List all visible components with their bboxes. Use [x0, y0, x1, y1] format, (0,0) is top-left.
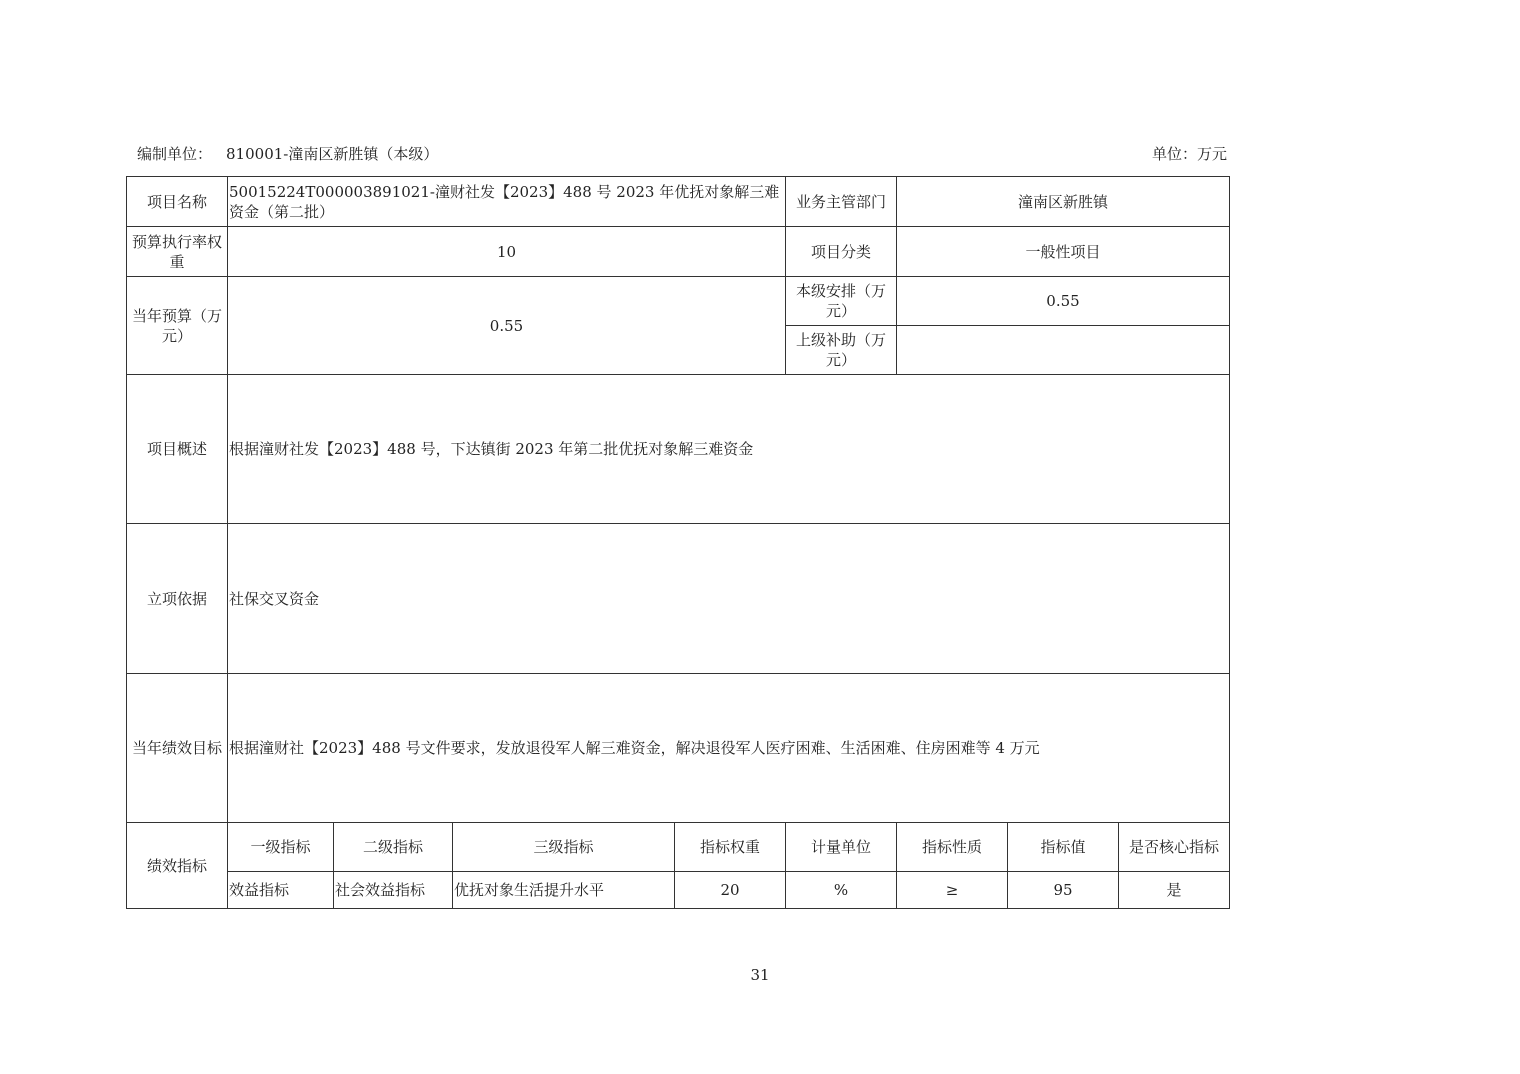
cell-level3: 优抚对象生活提升水平: [453, 872, 675, 909]
col-header: 三级指标: [453, 823, 675, 872]
cell-unit: %: [786, 872, 897, 909]
goal-label: 当年绩效目标: [127, 674, 228, 823]
project-name-value: 50015224T000003891021-潼财社发【2023】488 号 20…: [228, 177, 786, 227]
org-header: 编制单位：810001-潼南区新胜镇（本级）: [137, 143, 438, 164]
overview-label: 项目概述: [127, 375, 228, 524]
basis-label: 立项依据: [127, 524, 228, 674]
col-header: 计量单位: [786, 823, 897, 872]
cell-level2: 社会效益指标: [334, 872, 453, 909]
category-value: 一般性项目: [897, 227, 1230, 277]
indicator-header-row: 绩效指标 一级指标 二级指标 三级指标 指标权重 计量单位 指标性质 指标值 是…: [127, 823, 1230, 872]
local-value: 0.55: [897, 277, 1230, 326]
project-name-label: 项目名称: [127, 177, 228, 227]
indicators-label: 绩效指标: [127, 823, 228, 909]
upper-label: 上级补助（万元）: [786, 326, 897, 375]
org-value: 810001-潼南区新胜镇（本级）: [226, 145, 438, 163]
col-header: 二级指标: [334, 823, 453, 872]
table-row: 效益指标 社会效益指标 优抚对象生活提升水平 20 % ≥ 95 是: [127, 872, 1230, 909]
category-label: 项目分类: [786, 227, 897, 277]
cell-level1: 效益指标: [228, 872, 334, 909]
local-label: 本级安排（万元）: [786, 277, 897, 326]
budget-value: 0.55: [228, 277, 786, 375]
cell-nature: ≥: [897, 872, 1008, 909]
project-table: 项目名称 50015224T000003891021-潼财社发【2023】488…: [126, 176, 1230, 909]
col-header: 是否核心指标: [1119, 823, 1230, 872]
budget-label: 当年预算（万元）: [127, 277, 228, 375]
col-header: 指标性质: [897, 823, 1008, 872]
col-header: 指标权重: [675, 823, 786, 872]
org-label: 编制单位：: [137, 145, 212, 163]
upper-value: [897, 326, 1230, 375]
page-number: 31: [0, 966, 1520, 984]
dept-value: 潼南区新胜镇: [897, 177, 1230, 227]
col-header: 一级指标: [228, 823, 334, 872]
goal-value: 根据潼财社【2023】488 号文件要求，发放退役军人解三难资金，解决退役军人医…: [228, 674, 1230, 823]
cell-core: 是: [1119, 872, 1230, 909]
overview-value: 根据潼财社发【2023】488 号，下达镇街 2023 年第二批优抚对象解三难资…: [228, 375, 1230, 524]
weight-label: 预算执行率权重: [127, 227, 228, 277]
col-header: 指标值: [1008, 823, 1119, 872]
dept-label: 业务主管部门: [786, 177, 897, 227]
weight-value: 10: [228, 227, 786, 277]
cell-value: 95: [1008, 872, 1119, 909]
unit-label: 单位：万元: [1152, 143, 1227, 164]
cell-weight: 20: [675, 872, 786, 909]
basis-value: 社保交叉资金: [228, 524, 1230, 674]
